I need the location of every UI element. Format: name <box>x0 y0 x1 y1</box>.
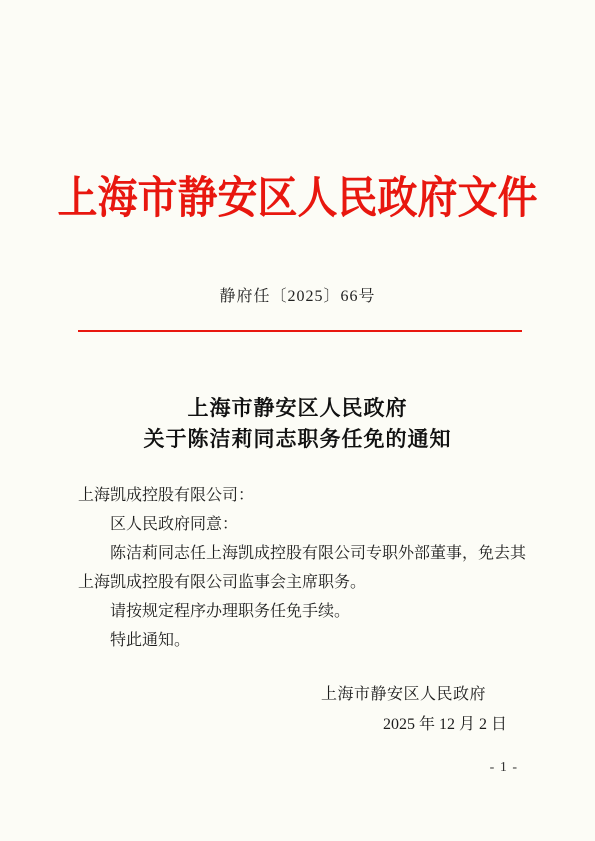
body-paragraph-appointment: 陈洁莉同志任上海凯成控股有限公司专职外部董事，免去其上海凯成控股有限公司监事会主… <box>78 539 526 597</box>
notice-title-line2: 关于陈洁莉同志职务任免的通知 <box>0 424 595 455</box>
page-number: - 1 - <box>490 760 518 776</box>
document-reference-number: 静府任〔2025〕66号 <box>0 283 595 306</box>
notice-title-line1: 上海市静安区人民政府 <box>0 393 595 424</box>
signature-organization: 上海市静安区人民政府 <box>321 681 486 704</box>
notice-title: 上海市静安区人民政府 关于陈洁莉同志职务任免的通知 <box>0 393 595 455</box>
body-paragraph-procedure: 请按规定程序办理职务任免手续。 <box>78 597 526 626</box>
red-header-banner-title: 上海市静安区人民政府文件 <box>0 163 595 226</box>
document-page: 上海市静安区人民政府文件 静府任〔2025〕66号 上海市静安区人民政府 关于陈… <box>0 0 595 841</box>
notice-body: 上海凯成控股有限公司： 区人民政府同意： 陈洁莉同志任上海凯成控股有限公司专职外… <box>78 481 526 655</box>
recipient-line: 上海凯成控股有限公司： <box>78 481 526 510</box>
signature-date: 2025 年 12 月 2 日 <box>383 711 507 734</box>
body-paragraph-closing: 特此通知。 <box>78 626 526 655</box>
red-divider-line <box>78 330 522 332</box>
body-paragraph-approval: 区人民政府同意： <box>78 510 526 539</box>
